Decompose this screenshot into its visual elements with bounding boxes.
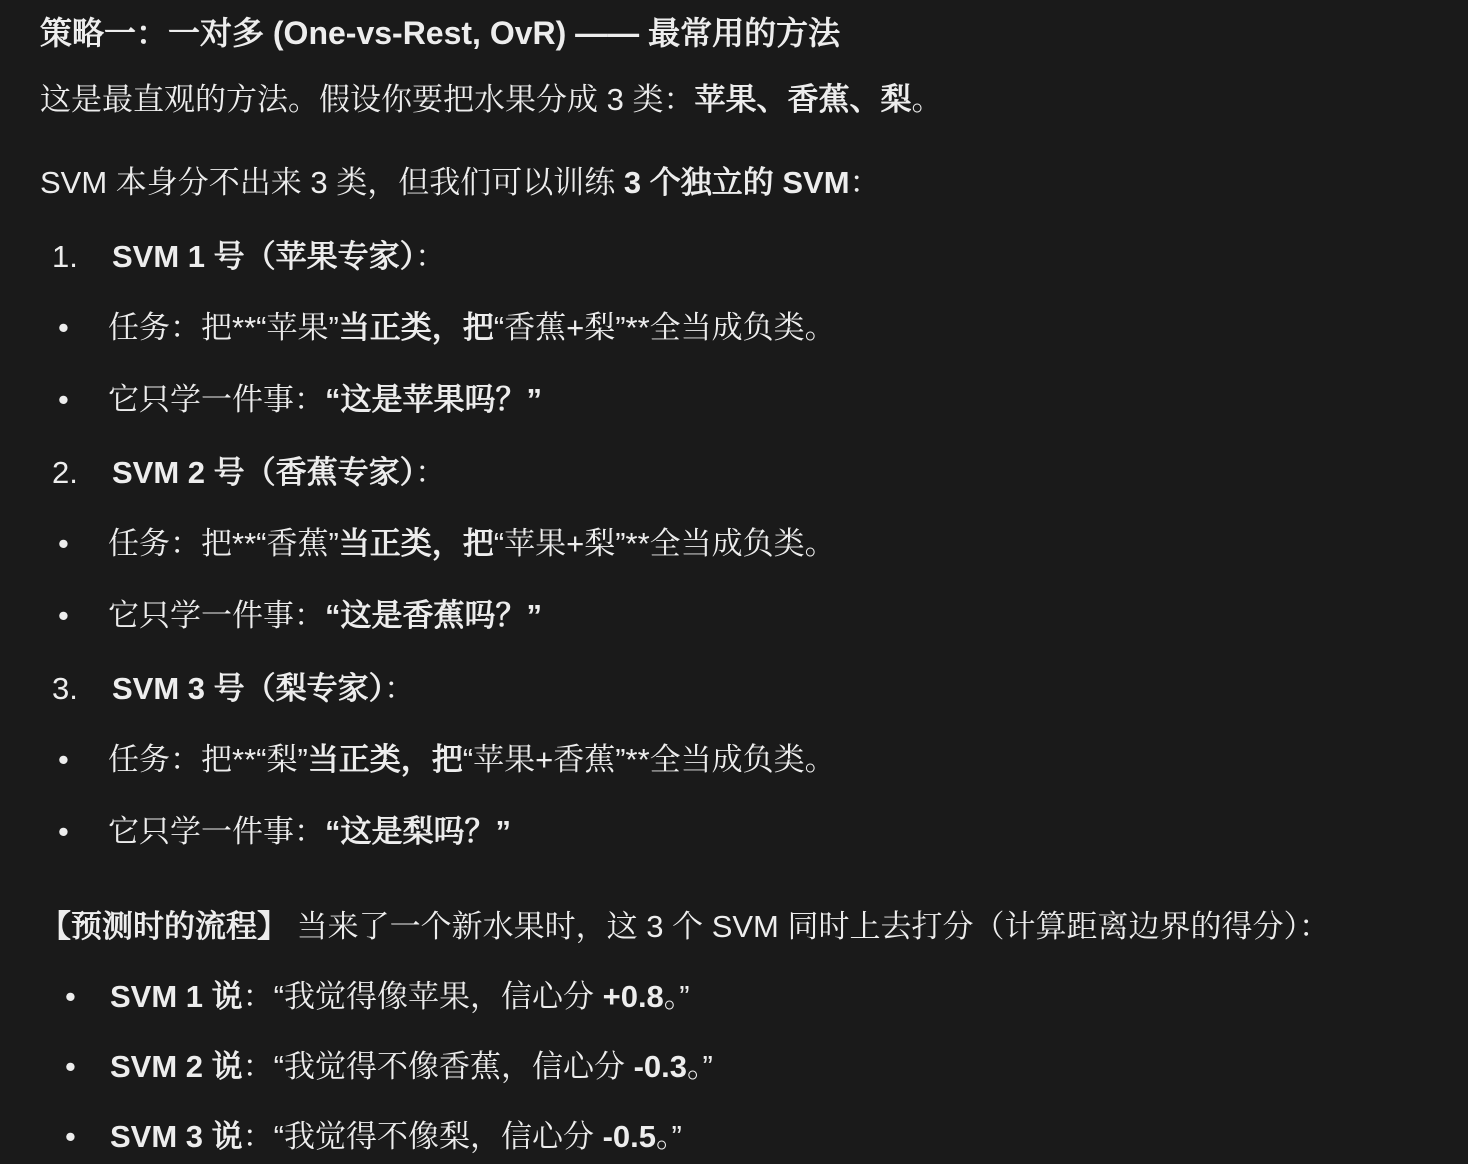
list-number: 3. [40, 663, 112, 715]
chat-message-content: 策略一：一对多 (One-vs-Rest, OvR) —— 最常用的方法 这是最… [0, 0, 1468, 1163]
list-item: • 任务：把**“梨”当正类，把“苹果+香蕉”**全当成负类。 [40, 734, 1428, 786]
bullet-icon: • [65, 1111, 110, 1163]
score-bullet-list: • SVM 1 说：“我觉得像苹果，信心分 +0.8。” • SVM 2 说：“… [40, 971, 1428, 1163]
svm-2-learn-text: 它只学一件事：“这是香蕉吗？” [108, 590, 1428, 642]
svm-2-score-text: SVM 2 说：“我觉得不像香蕉，信心分 -0.3。” [110, 1041, 1428, 1093]
bullet-icon: • [58, 302, 108, 354]
list-item: • 它只学一件事：“这是苹果吗？” [40, 374, 1428, 426]
svm-1-score-text: SVM 1 说：“我觉得像苹果，信心分 +0.8。” [110, 971, 1428, 1023]
bullet-icon: • [65, 1041, 110, 1093]
list-number: 2. [40, 447, 112, 499]
svm-3-task-text: 任务：把**“梨”当正类，把“苹果+香蕉”**全当成负类。 [108, 734, 1428, 786]
section-heading: 策略一：一对多 (One-vs-Rest, OvR) —— 最常用的方法 [40, 7, 1428, 59]
svm-2-task-text: 任务：把**“香蕉”当正类，把“苹果+梨”**全当成负类。 [108, 518, 1428, 570]
list-item: • SVM 3 说：“我觉得不像梨，信心分 -0.5。” [40, 1111, 1428, 1163]
svm-item-3-bullets: • 任务：把**“梨”当正类，把“苹果+香蕉”**全当成负类。 • 它只学一件事… [40, 734, 1428, 858]
svm-1-task-text: 任务：把**“苹果”当正类，把“香蕉+梨”**全当成负类。 [108, 302, 1428, 354]
list-item: • 任务：把**“香蕉”当正类，把“苹果+梨”**全当成负类。 [40, 518, 1428, 570]
list-item: • SVM 1 说：“我觉得像苹果，信心分 +0.8。” [40, 971, 1428, 1023]
list-item: • SVM 2 说：“我觉得不像香蕉，信心分 -0.3。” [40, 1041, 1428, 1093]
svm-item-1-bullets: • 任务：把**“苹果”当正类，把“香蕉+梨”**全当成负类。 • 它只学一件事… [40, 302, 1428, 426]
bullet-icon: • [58, 374, 108, 426]
bullet-icon: • [58, 734, 108, 786]
bullet-icon: • [58, 590, 108, 642]
bullet-icon: • [58, 518, 108, 570]
svm-item-1-title: SVM 1 号（苹果专家）： [112, 231, 1428, 283]
svm-3-learn-text: 它只学一件事：“这是梨吗？” [108, 806, 1428, 858]
svm-item-2-bullets: • 任务：把**“香蕉”当正类，把“苹果+梨”**全当成负类。 • 它只学一件事… [40, 518, 1428, 642]
list-number: 1. [40, 231, 112, 283]
bullet-icon: • [58, 806, 108, 858]
svm-numbered-list: 1. SVM 1 号（苹果专家）： • 任务：把**“苹果”当正类，把“香蕉+梨… [40, 231, 1428, 858]
svm-list-item-1: 1. SVM 1 号（苹果专家）： • 任务：把**“苹果”当正类，把“香蕉+梨… [40, 231, 1428, 426]
bullet-icon: • [65, 971, 110, 1023]
prediction-paragraph: 【预测时的流程】 当来了一个新水果时，这 3 个 SVM 同时上去打分（计算距离… [40, 901, 1428, 953]
setup-paragraph: SVM 本身分不出来 3 类，但我们可以训练 3 个独立的 SVM： [40, 157, 1428, 209]
svm-item-3-title-row: 3. SVM 3 号（梨专家）： [40, 663, 1428, 715]
intro-paragraph: 这是最直观的方法。假设你要把水果分成 3 类：苹果、香蕉、梨。 [40, 74, 1428, 126]
svm-list-item-2: 2. SVM 2 号（香蕉专家）： • 任务：把**“香蕉”当正类，把“苹果+梨… [40, 447, 1428, 642]
svm-item-2-title-row: 2. SVM 2 号（香蕉专家）： [40, 447, 1428, 499]
list-item: • 它只学一件事：“这是梨吗？” [40, 806, 1428, 858]
svm-item-3-title: SVM 3 号（梨专家）： [112, 663, 1428, 715]
list-item: • 任务：把**“苹果”当正类，把“香蕉+梨”**全当成负类。 [40, 302, 1428, 354]
svm-list-item-3: 3. SVM 3 号（梨专家）： • 任务：把**“梨”当正类，把“苹果+香蕉”… [40, 663, 1428, 858]
svm-1-learn-text: 它只学一件事：“这是苹果吗？” [108, 374, 1428, 426]
svm-item-1-title-row: 1. SVM 1 号（苹果专家）： [40, 231, 1428, 283]
list-item: • 它只学一件事：“这是香蕉吗？” [40, 590, 1428, 642]
svm-item-2-title: SVM 2 号（香蕉专家）： [112, 447, 1428, 499]
svm-3-score-text: SVM 3 说：“我觉得不像梨，信心分 -0.5。” [110, 1111, 1428, 1163]
